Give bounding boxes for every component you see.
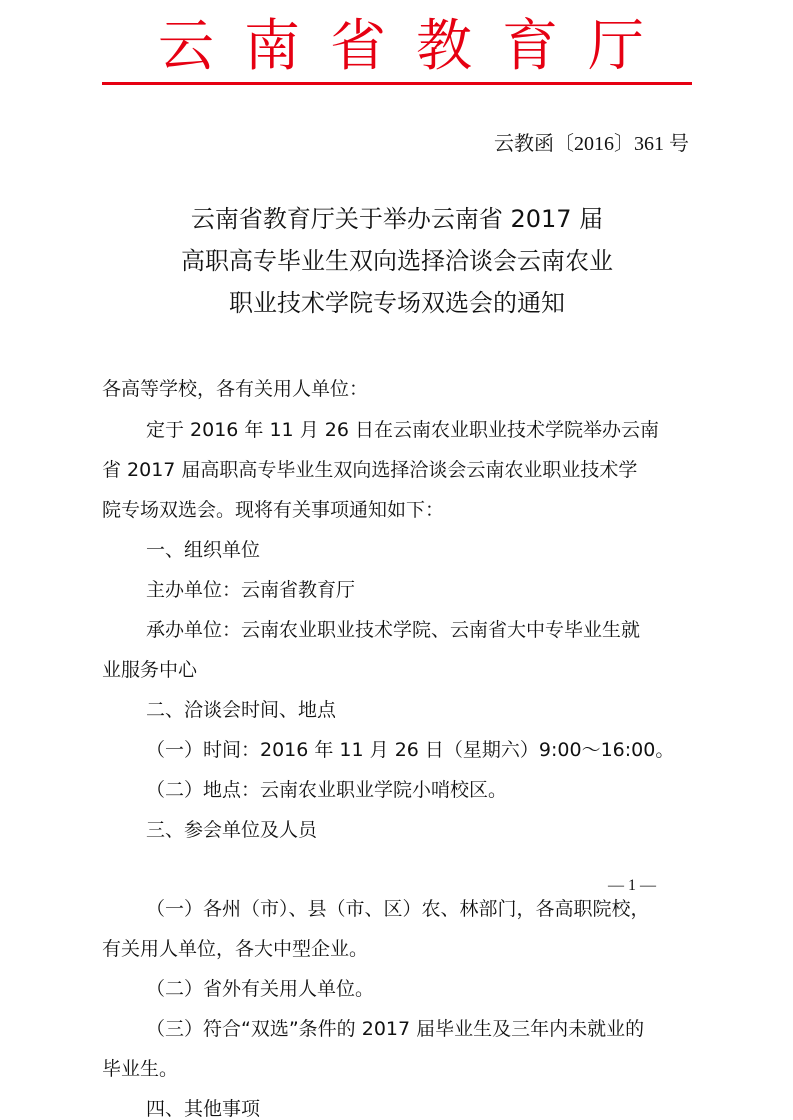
participant-item: （二）省外有关用人单位。 xyxy=(146,976,374,1002)
page-number: — 1 — xyxy=(608,876,656,896)
title-line: 职业技术学院专场双选会的通知 xyxy=(102,282,692,324)
title-line: 高职高专毕业生双向选择洽谈会云南农业 xyxy=(102,240,692,282)
intro-paragraph-line: 院专场双选会。现将有关事项通知如下： xyxy=(102,497,444,523)
section-heading-time-place: 二、洽谈会时间、地点 xyxy=(146,697,336,723)
document-title: 云南省教育厅关于举办云南省 2017 届 高职高专毕业生双向选择洽谈会云南农业 … xyxy=(102,198,692,324)
section-heading-organizers: 一、组织单位 xyxy=(146,537,260,563)
header-char: 教 xyxy=(416,14,472,80)
organizer-unit-line: 承办单位：云南农业职业技术学院、云南省大中专毕业生就 xyxy=(146,617,640,643)
organizer-unit-line: 业服务中心 xyxy=(102,657,197,683)
intro-paragraph-line: 定于 2016 年 11 月 26 日在云南农业职业技术学院举办云南 xyxy=(146,417,659,443)
participant-item-line: 毕业生。 xyxy=(102,1056,178,1082)
header-char: 云 xyxy=(158,14,214,80)
header-char: 育 xyxy=(502,14,558,80)
event-time: （一）时间：2016 年 11 月 26 日（星期六）9:00～16:00。 xyxy=(146,737,674,763)
participant-item-line: （一）各州（市）、县（市、区）农、林部门，各高职院校， xyxy=(146,896,650,922)
participant-item-line: （三）符合“双选”条件的 2017 届毕业生及三年内未就业的 xyxy=(146,1016,644,1042)
header-char: 省 xyxy=(330,14,386,80)
event-place: （二）地点：云南农业职业学院小哨校区。 xyxy=(146,777,507,803)
salutation: 各高等学校，各有关用人单位： xyxy=(102,376,368,402)
host-unit: 主办单位：云南省教育厅 xyxy=(146,577,355,603)
red-header-divider xyxy=(102,82,692,85)
participant-item-line: 有关用人单位，各大中型企业。 xyxy=(102,936,368,962)
title-line: 云南省教育厅关于举办云南省 2017 届 xyxy=(102,198,692,240)
section-heading-participants: 三、参会单位及人员 xyxy=(146,817,317,843)
section-heading-other: 四、其他事项 xyxy=(146,1096,260,1120)
header-char: 南 xyxy=(244,14,300,80)
issuing-authority-header: 云 南 省 教 育 厅 xyxy=(102,14,692,80)
header-char: 厅 xyxy=(588,14,644,80)
document-number: 云教函〔2016〕361 号 xyxy=(494,130,689,158)
intro-paragraph-line: 省 2017 届高职高专毕业生双向选择洽谈会云南农业职业技术学 xyxy=(102,457,637,483)
